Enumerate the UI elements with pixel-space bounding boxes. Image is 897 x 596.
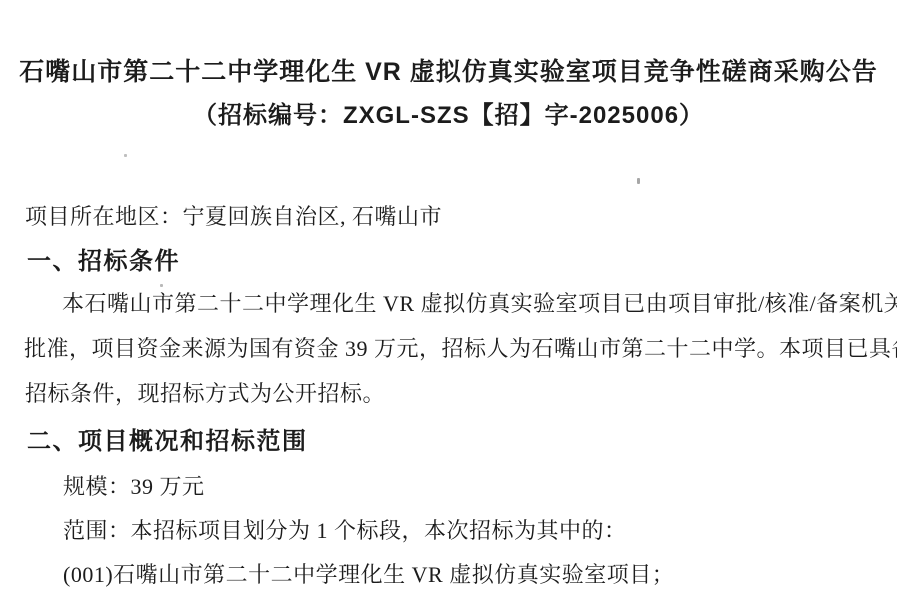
project-scope-line: 范围：本招标项目划分为 1 个标段，本次招标为其中的： xyxy=(63,514,627,545)
section-1-heading: 一、招标条件 xyxy=(27,241,180,276)
project-location-line: 项目所在地区：宁夏回族自治区, 石嘴山市 xyxy=(25,200,442,231)
section-1-paragraph-line-3: 招标条件，现招标方式为公开招标。 xyxy=(25,377,385,408)
document-title: 石嘴山市第二十二中学理化生 VR 虚拟仿真实验室项目竞争性磋商采购公告 xyxy=(0,52,897,88)
section-1-paragraph-line-2: 批准，项目资金来源为国有资金 39 万元，招标人为石嘴山市第二十二中学。本项目已… xyxy=(24,332,897,363)
tender-number-line: （招标编号：ZXGL-SZS【招】字-2025006） xyxy=(0,95,897,130)
scan-speck xyxy=(124,154,127,157)
project-scale-line: 规模：39 万元 xyxy=(63,470,205,501)
lot-001-line: (001)石嘴山市第二十二中学理化生 VR 虚拟仿真实验室项目； xyxy=(63,558,674,589)
scan-speck xyxy=(637,178,640,184)
section-1-paragraph-line-1: 本石嘴山市第二十二中学理化生 VR 虚拟仿真实验室项目已由项目审批/核准/备案机… xyxy=(62,287,897,318)
document-page: 石嘴山市第二十二中学理化生 VR 虚拟仿真实验室项目竞争性磋商采购公告 （招标编… xyxy=(0,0,897,596)
section-2-heading: 二、项目概况和招标范围 xyxy=(27,421,308,456)
